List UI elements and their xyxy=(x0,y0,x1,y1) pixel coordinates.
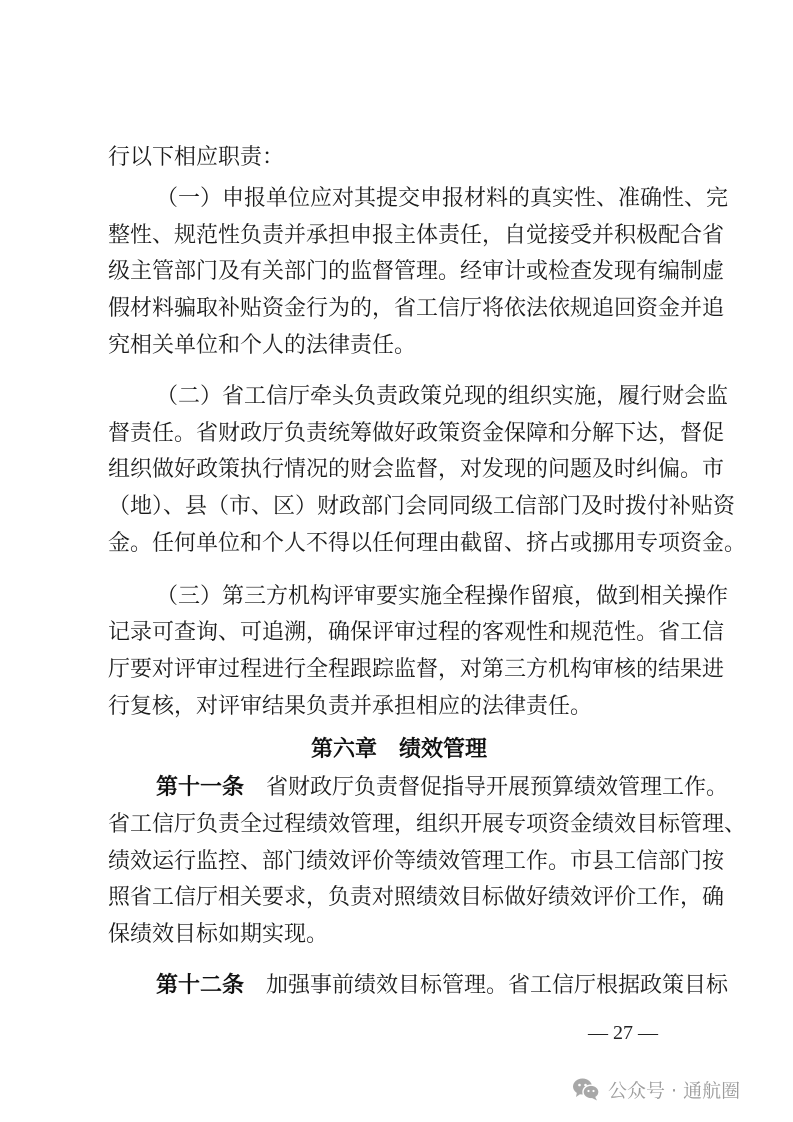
watermark: 公众号 · 通航圈 xyxy=(572,1074,740,1104)
paragraph-line: 行复核，对评审结果负责并承担相应的法律责任。 xyxy=(108,692,690,722)
paragraph-line: 绩效运行监控、部门绩效评价等绩效管理工作。市县工信部门按 xyxy=(108,847,690,877)
paragraph-line: 假材料骗取补贴资金行为的，省工信厅将依法依规追回资金并追 xyxy=(108,294,690,324)
paragraph-line: 照省工信厅相关要求，负责对照绩效目标做好绩效评价工作，确 xyxy=(108,883,690,913)
paragraph-line: （二）省工信厅牵头负责政策兑现的组织实施，履行财会监 xyxy=(156,382,690,412)
paragraph-line: 厅要对评审过程进行全程跟踪监督，对第三方机构审核的结果进 xyxy=(108,655,690,685)
chapter-number: 第六章 xyxy=(311,737,377,762)
article-11-first-line: 第十一条省财政厅负责督促指导开展预算绩效管理工作。 xyxy=(156,773,690,803)
chapter-title: 绩效管理 xyxy=(399,737,487,762)
paragraph-line: 级主管部门及有关部门的监督管理。经审计或检查发现有编制虚 xyxy=(108,257,690,287)
paragraph-line: 整性、规范性负责并承担申报主体责任，自觉接受并积极配合省 xyxy=(108,221,690,251)
paragraph-line: 行以下相应职责： xyxy=(108,143,690,173)
page-number: — 27 — xyxy=(588,1022,658,1045)
paragraph-line: （三）第三方机构评审要实施全程操作留痕，做到相关操作 xyxy=(156,582,690,612)
article-label: 第十一条 xyxy=(156,775,244,800)
paragraph-line: 省工信厅负责全过程绩效管理，组织开展专项资金绩效目标管理、 xyxy=(108,810,690,840)
paragraph-line: 组织做好政策执行情况的财会监督，对发现的问题及时纠偏。市 xyxy=(108,455,690,485)
paragraph-line: （地）、县（市、区）财政部门会同同级工信部门及时拨付补贴资 xyxy=(108,492,690,522)
paragraph-line: （一）申报单位应对其提交申报材料的真实性、准确性、完 xyxy=(156,184,690,214)
article-text: 省财政厅负责督促指导开展预算绩效管理工作。 xyxy=(266,775,728,800)
paragraph-line: 金。任何单位和个人不得以任何理由截留、挤占或挪用专项资金。 xyxy=(108,529,690,559)
article-12-first-line: 第十二条加强事前绩效目标管理。省工信厅根据政策目标 xyxy=(156,971,690,1001)
article-text: 加强事前绩效目标管理。省工信厅根据政策目标 xyxy=(266,973,728,998)
paragraph-line: 保绩效目标如期实现。 xyxy=(108,920,690,950)
paragraph-line: 督责任。省财政厅负责统筹做好政策资金保障和分解下达，督促 xyxy=(108,419,690,449)
document-page: 行以下相应职责： （一）申报单位应对其提交申报材料的真实性、准确性、完 整性、规… xyxy=(0,0,793,1122)
paragraph-line: 记录可查询、可追溯，确保评审过程的客观性和规范性。省工信 xyxy=(108,618,690,648)
article-label: 第十二条 xyxy=(156,973,244,998)
paragraph-line: 究相关单位和个人的法律责任。 xyxy=(108,331,690,361)
watermark-text: 公众号 · 通航圈 xyxy=(608,1076,740,1103)
wechat-icon xyxy=(572,1077,600,1101)
chapter-heading: 第六章绩效管理 xyxy=(108,735,690,765)
